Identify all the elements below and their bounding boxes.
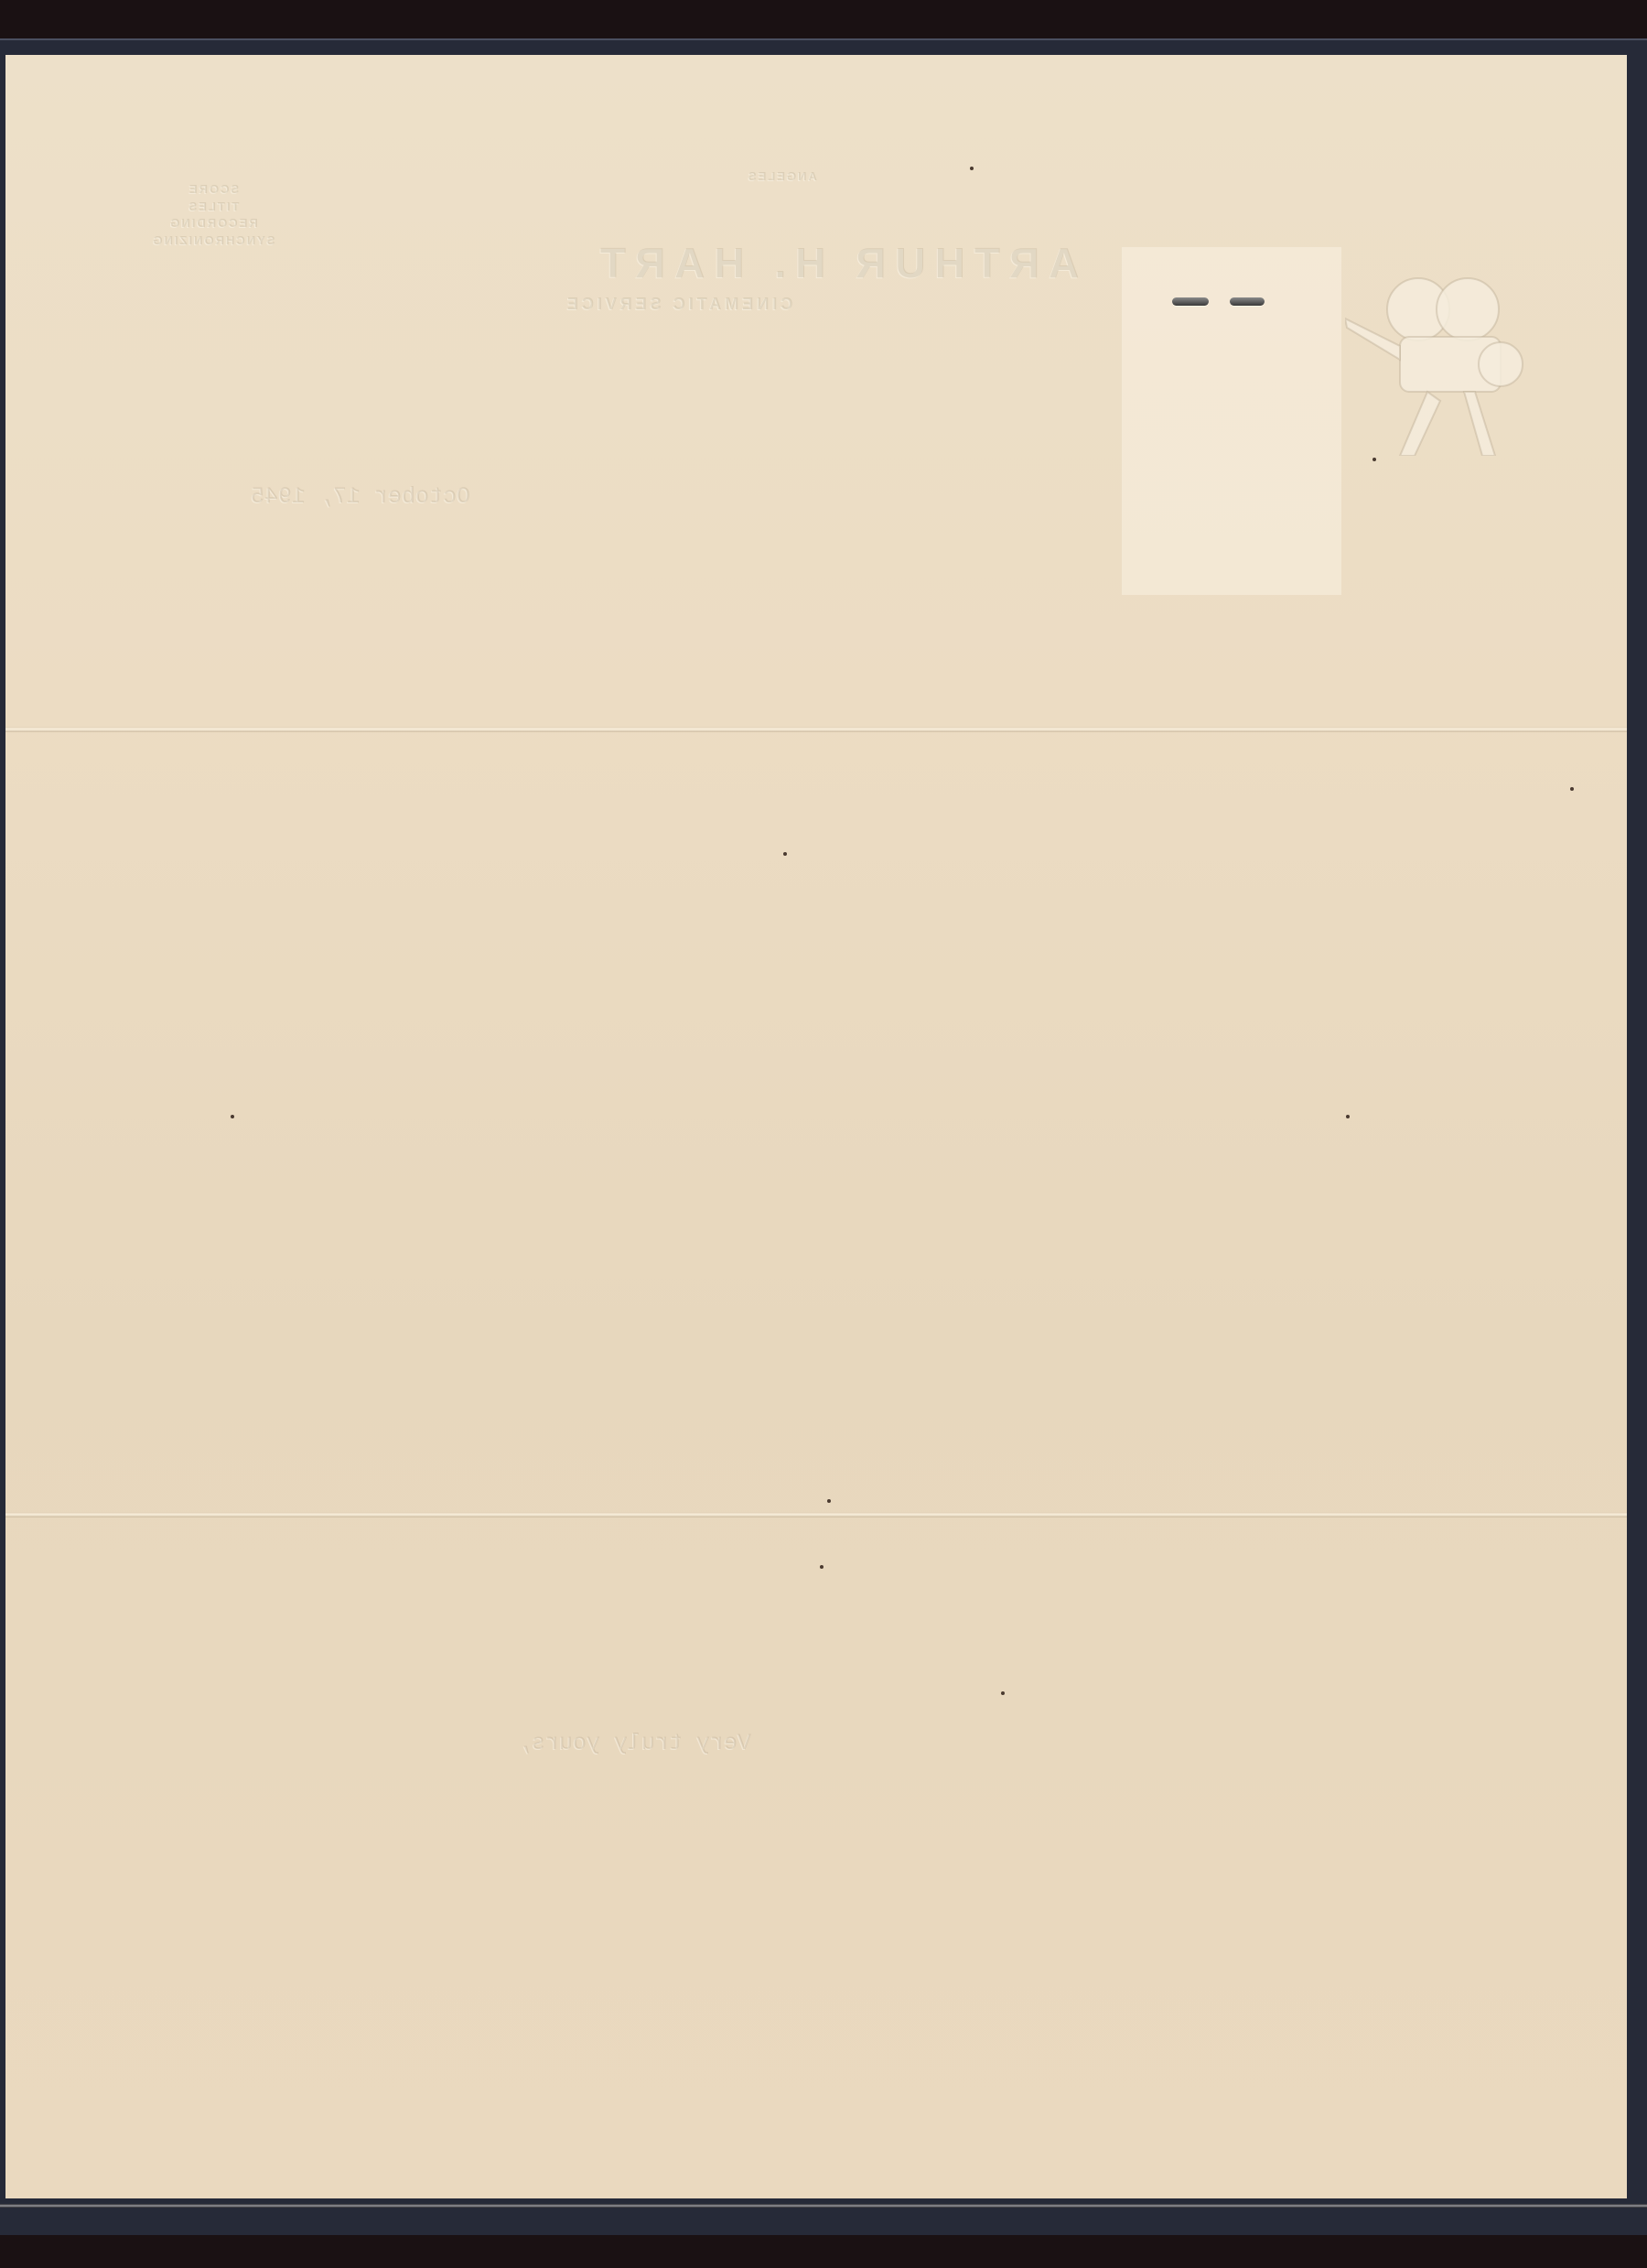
paper-speck xyxy=(783,852,787,856)
recipient-line xyxy=(1085,538,1360,564)
letter-closing: Very truly yours, xyxy=(518,1730,751,1757)
letterhead-name: ARTHUR H. HART xyxy=(591,238,1080,287)
service-item: TITLES xyxy=(81,199,346,216)
staple-hole xyxy=(1230,297,1265,306)
service-item xyxy=(81,298,346,315)
letter-page-reverse: ANGELES ARTHUR H. HART CINEMATIC SERVICE… xyxy=(5,55,1627,2198)
paper-speck xyxy=(970,167,974,170)
paper-speck xyxy=(1372,458,1376,461)
service-item: RECORDING xyxy=(81,215,346,232)
letter-date: October 17, 1945 xyxy=(251,483,470,511)
recipient-line xyxy=(1085,566,1360,591)
fold-line xyxy=(5,727,1627,732)
paper-speck xyxy=(1346,1115,1350,1118)
movie-camera-icon xyxy=(1345,273,1528,456)
sleeve-bottom-edge xyxy=(0,2204,1647,2208)
letterhead-subtitle: CINEMATIC SERVICE xyxy=(564,295,792,314)
paper-speck xyxy=(1570,787,1574,791)
service-item xyxy=(81,282,346,298)
paper-speck xyxy=(827,1499,831,1503)
fold-line xyxy=(5,1512,1627,1517)
services-list: SCORE TITLES RECORDING SYNCHRONIZING xyxy=(81,181,346,315)
paper-speck xyxy=(820,1565,823,1569)
paper-speck xyxy=(1001,1691,1005,1695)
service-item xyxy=(81,249,346,265)
service-item: SYNCHRONIZING xyxy=(81,232,346,250)
letterhead-address-1 xyxy=(591,322,902,340)
service-item: SCORE xyxy=(81,181,346,199)
letterhead-address-2 xyxy=(591,350,902,368)
staple-hole xyxy=(1172,297,1209,306)
recipient-line xyxy=(1085,593,1360,619)
letterhead-top-label: ANGELES xyxy=(747,169,817,183)
service-item xyxy=(81,265,346,282)
paper-speck xyxy=(231,1115,234,1118)
